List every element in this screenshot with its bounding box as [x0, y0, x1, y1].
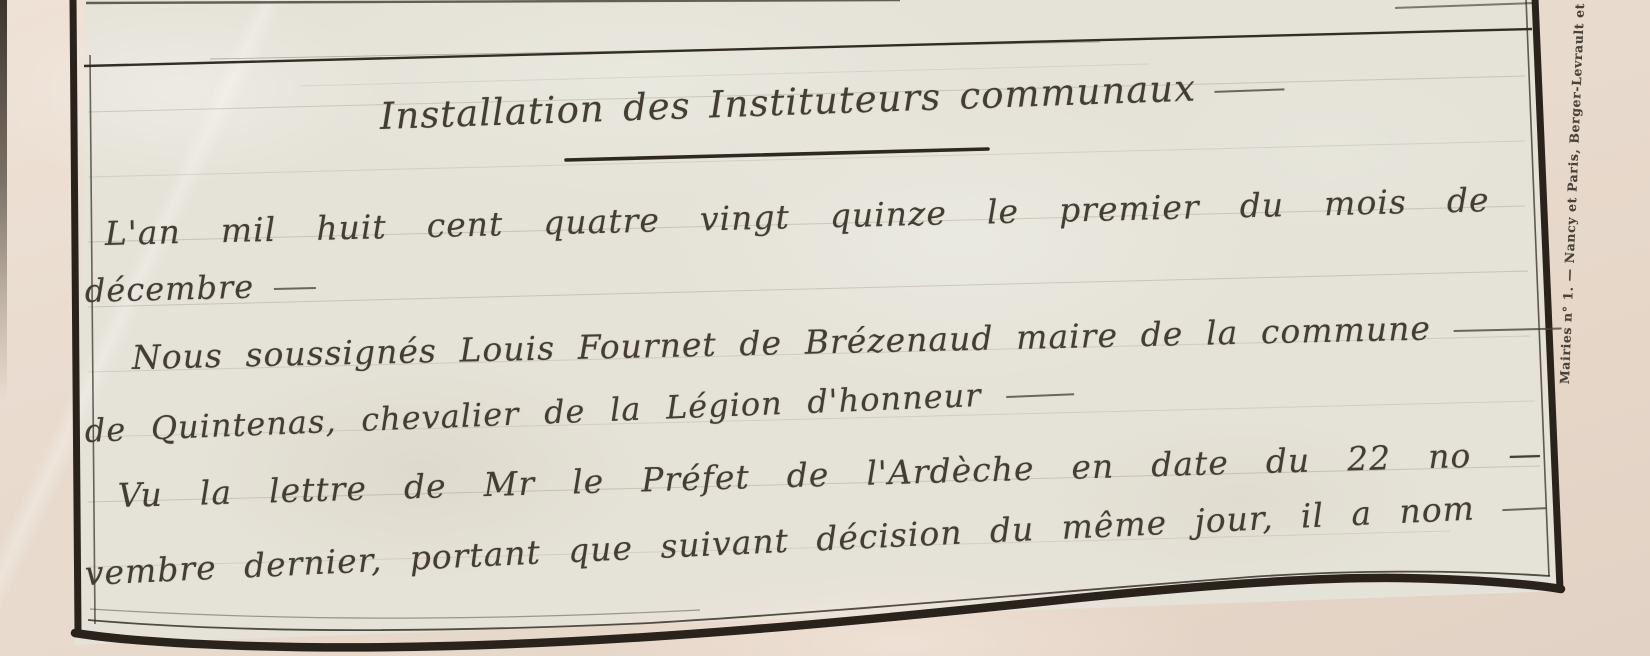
pen-flourish: [1502, 505, 1546, 511]
manuscript-line-2: décembre: [84, 269, 315, 309]
top-border-line-right: [1395, 3, 1534, 8]
pen-flourish: [1214, 86, 1284, 92]
left-border-thin: [90, 55, 95, 624]
bottom-border-thick: [75, 578, 1561, 647]
manuscript-photo: Installation des Instituteurs communaux …: [0, 0, 1650, 656]
header-rule-echo: [210, 42, 1100, 59]
left-border-thick: [73, 0, 78, 632]
pen-flourish: [1454, 326, 1562, 332]
bottom-border-thin-2: [90, 609, 700, 618]
photo-edge-shadow: [0, 0, 7, 400]
pen-flourish: [273, 285, 315, 290]
top-border-line: [86, 0, 900, 3]
pen-flourish: [1006, 391, 1074, 398]
manuscript-line-2-text: décembre: [84, 268, 254, 310]
title-separator-rule: [566, 149, 988, 160]
